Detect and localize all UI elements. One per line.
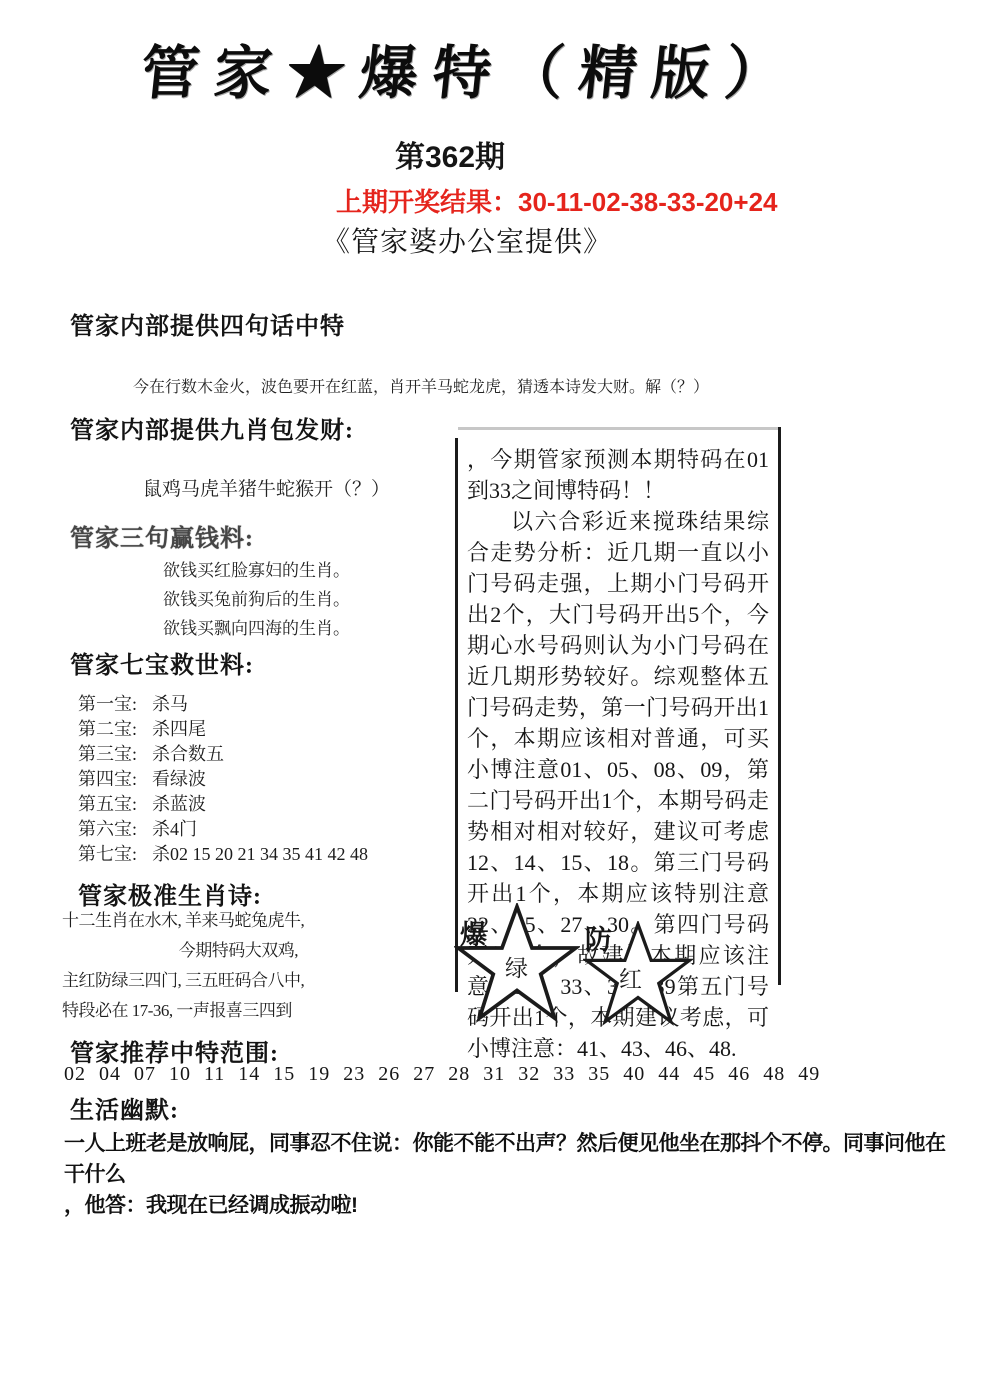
star-outer-label-bao: 爆 [460, 913, 487, 952]
treasure-label: 第四宝: [78, 765, 137, 791]
page-title: 管家★爆特（精版） [0, 26, 944, 110]
three-sentence-line: 欲钱买红脸寡妇的生肖。 [163, 556, 350, 581]
lottery-tip-sheet: 管家★爆特（精版） 第362期 上期开奖结果：30-11-02-38-33-20… [0, 0, 981, 1388]
four-sentence-line: 今在行数木金火，波色要开在红蓝，肖开羊马蛇龙虎，猜透本诗发大财。解（？） [133, 374, 709, 397]
humor-line: 一人上班老是放响屁，同事忍不住说：你能不能不出声？然后便见他坐在那抖个不停。同事… [64, 1128, 954, 1190]
recommended-numbers: 02 04 07 10 11 14 15 19 23 26 27 28 31 3… [64, 1063, 820, 1086]
star-inner-label-green: 绿 [505, 950, 528, 983]
prediction-box-top-border [458, 427, 778, 430]
section-heading-four-sentence: 管家内部提供四句话中特 [70, 306, 345, 341]
treasure-value: 杀合数五 [152, 740, 224, 766]
last-draw-result-label: 上期开奖结果： [336, 187, 518, 217]
last-draw-result: 上期开奖结果：30-11-02-38-33-20+24 [336, 182, 778, 219]
last-draw-result-numbers: 30-11-02-38-33-20+24 [518, 187, 777, 217]
treasure-value: 杀02 15 20 21 34 35 41 42 48 [152, 840, 368, 866]
treasure-value: 看绿波 [152, 765, 206, 791]
star-inner-label-red: 红 [619, 961, 642, 994]
treasure-label: 第七宝: [78, 840, 137, 866]
zodiac-poem-line: 今期特码大双鸡, [62, 936, 314, 966]
treasure-value: 杀四尾 [152, 715, 206, 741]
section-heading-humor: 生活幽默: [70, 1090, 179, 1125]
zodiac-poem-line: 特段必在 17-36, 一声报喜三四到 [62, 996, 314, 1026]
zodiac-poem-line: 十二生肖在水木, 羊来马蛇兔虎牛, [62, 906, 314, 936]
section-heading-three-sentence: 管家三句赢钱料: [70, 518, 254, 553]
treasure-value: 杀马 [152, 690, 188, 716]
treasure-label: 第六宝: [78, 815, 137, 841]
treasure-label: 第二宝: [78, 715, 137, 741]
zodiac-poem-line: 主红防绿三四门, 三五旺码合八中, [62, 966, 314, 996]
prediction-box-right-border [778, 427, 781, 985]
humor-line: ，他答：我现在已经调成振动啦! [64, 1190, 954, 1221]
nine-zodiac-line: 鼠鸡马虎羊猪牛蛇猴开（？） [143, 474, 390, 501]
treasure-label: 第一宝: [78, 690, 137, 716]
three-sentence-line: 欲钱买兔前狗后的生肖。 [163, 585, 350, 610]
treasure-value: 杀蓝波 [152, 790, 206, 816]
treasure-label: 第五宝: [78, 790, 137, 816]
section-heading-seven-treasures: 管家七宝救世料: [70, 645, 254, 680]
three-sentence-line: 欲钱买飘向四海的生肖。 [163, 614, 350, 639]
issue-number: 第362期 [0, 132, 900, 176]
prediction-paragraph-1: ，今期管家预测本期特码在01到33之间博特码！！ [467, 444, 769, 506]
section-heading-nine-zodiac: 管家内部提供九肖包发财: [70, 410, 354, 445]
provider-line: 《管家婆办公室提供》 [322, 220, 612, 260]
star-outer-label-fang: 防 [585, 918, 612, 957]
treasure-value: 杀4门 [152, 815, 197, 841]
treasure-label: 第三宝: [78, 740, 137, 766]
